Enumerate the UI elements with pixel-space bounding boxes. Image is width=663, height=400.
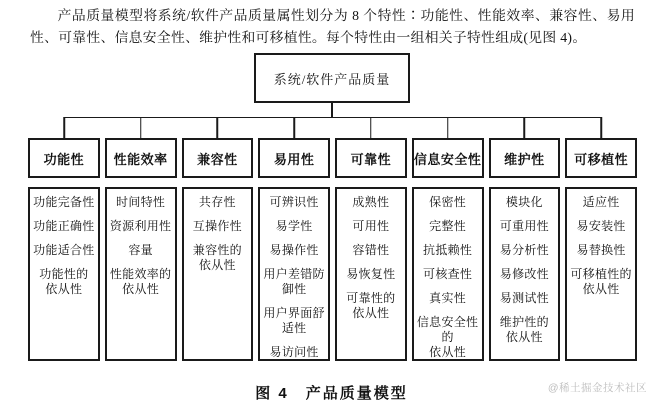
intro-paragraph: 产品质量模型将系统/软件产品质量属性划分为 8 个特性∶功能性、性能效率、兼容性… [30,5,635,49]
sub-characteristic: 资源利用性 [110,219,172,234]
column-gap [565,178,637,187]
column-usability: 易用性 可辨识性 易学性 易操作性 用户差错防御性 用户界面舒适性 易访问性 易… [258,138,330,361]
column-body-maintainability: 模块化 可重用性 易分析性 易修改性 易测试性 维护性的 依从性 [489,187,561,361]
column-header-maintainability: 维护性 [489,138,561,178]
sub-characteristic: 易操作性 [270,243,319,258]
sub-characteristic: 易恢复性 [346,267,395,282]
column-performance-efficiency: 性能效率 时间特性 资源利用性 容量 性能效率的 依从性 [105,138,177,361]
column-compatibility: 兼容性 共存性 互操作性 兼容性的 依从性 [182,138,254,361]
sub-characteristic: 功能适合性 [33,243,95,258]
sub-characteristic: 成熟性 [352,195,389,210]
column-header-performance-efficiency: 性能效率 [105,138,177,178]
column-body-compatibility: 共存性 互操作性 兼容性的 依从性 [182,187,254,361]
column-body-portability: 适应性 易安装性 易替换性 可移植性的 依从性 [565,187,637,361]
sub-characteristic: 真实性 [429,291,466,306]
sub-characteristic: 易分析性 [500,243,549,258]
column-body-functionality: 功能完备性 功能正确性 功能适合性 功能性的 依从性 [28,187,100,361]
sub-characteristic: 抗抵赖性 [423,243,472,258]
sub-characteristic: 用户差错防御性 [260,267,328,297]
sub-characteristic: 完整性 [429,219,466,234]
column-header-reliability: 可靠性 [335,138,407,178]
sub-characteristic: 易测试性 [500,291,549,306]
sub-characteristic: 易访问性 [270,345,319,360]
connector-stub-4 [293,117,295,139]
sub-characteristic: 易修改性 [500,267,549,282]
column-gap [105,178,177,187]
sub-characteristic: 模块化 [506,195,543,210]
sub-characteristic: 兼容性的 依从性 [193,243,242,273]
column-gap [489,178,561,187]
sub-characteristic: 可重用性 [500,219,549,234]
connector-root-stem [331,103,333,117]
sub-characteristic: 功能性的 依从性 [39,267,88,297]
connector-stub-5 [370,117,372,139]
column-header-functionality: 功能性 [28,138,100,178]
sub-characteristic: 信息安全性的 依从性 [414,315,482,360]
sub-characteristic: 维护性的 依从性 [500,315,549,345]
column-body-reliability: 成熟性 可用性 容错性 易恢复性 可靠性的 依从性 [335,187,407,361]
column-header-portability: 可移植性 [565,138,637,178]
connector-stub-7 [524,117,526,139]
sub-characteristic: 用户界面舒适性 [260,306,328,336]
connector-stub-1 [63,117,65,139]
sub-characteristic: 保密性 [429,195,466,210]
diagram-root-node: 系统/软件产品质量 [254,53,410,103]
sub-characteristic: 可移植性的 依从性 [570,267,632,297]
sub-characteristic: 易替换性 [577,243,626,258]
sub-characteristic: 易学性 [276,219,313,234]
sub-characteristic: 互操作性 [193,219,242,234]
connector-stub-3 [217,117,219,139]
sub-characteristic: 容错性 [352,243,389,258]
column-body-security: 保密性 完整性 抗抵赖性 可核查性 真实性 信息安全性的 依从性 [412,187,484,361]
sub-characteristic: 适应性 [583,195,620,210]
sub-characteristic: 可用性 [352,219,389,234]
column-body-performance-efficiency: 时间特性 资源利用性 容量 性能效率的 依从性 [105,187,177,361]
column-header-usability: 易用性 [258,138,330,178]
connector-stub-6 [447,117,449,139]
connector-stub-2 [140,117,142,139]
watermark: @稀土掘金技术社区 [548,380,647,395]
column-portability: 可移植性 适应性 易安装性 易替换性 可移植性的 依从性 [565,138,637,361]
sub-characteristic: 时间特性 [116,195,165,210]
sub-characteristic: 性能效率的 依从性 [110,267,172,297]
column-header-security: 信息安全性 [412,138,484,178]
column-gap [412,178,484,187]
column-gap [28,178,100,187]
sub-characteristic: 可核查性 [423,267,472,282]
column-gap [335,178,407,187]
sub-characteristic: 共存性 [199,195,236,210]
column-security: 信息安全性 保密性 完整性 抗抵赖性 可核查性 真实性 信息安全性的 依从性 [412,138,484,361]
column-body-usability: 可辨识性 易学性 易操作性 用户差错防御性 用户界面舒适性 易访问性 易用性的依… [258,187,330,361]
sub-characteristic: 可靠性的 依从性 [346,291,395,321]
connector-stub-8 [600,117,602,139]
column-header-compatibility: 兼容性 [182,138,254,178]
column-functionality: 功能性 功能完备性 功能正确性 功能适合性 功能性的 依从性 [28,138,100,361]
sub-characteristic: 功能正确性 [33,219,95,234]
sub-characteristic: 可辨识性 [270,195,319,210]
column-gap [258,178,330,187]
column-maintainability: 维护性 模块化 可重用性 易分析性 易修改性 易测试性 维护性的 依从性 [489,138,561,361]
column-reliability: 可靠性 成熟性 可用性 容错性 易恢复性 可靠性的 依从性 [335,138,407,361]
sub-characteristic: 容量 [128,243,153,258]
sub-characteristic: 功能完备性 [33,195,95,210]
sub-characteristic: 易安装性 [577,219,626,234]
column-gap [182,178,254,187]
characteristic-columns: 功能性 功能完备性 功能正确性 功能适合性 功能性的 依从性 性能效率 时间特性… [28,138,637,361]
connector-horizontal-line [64,117,601,139]
